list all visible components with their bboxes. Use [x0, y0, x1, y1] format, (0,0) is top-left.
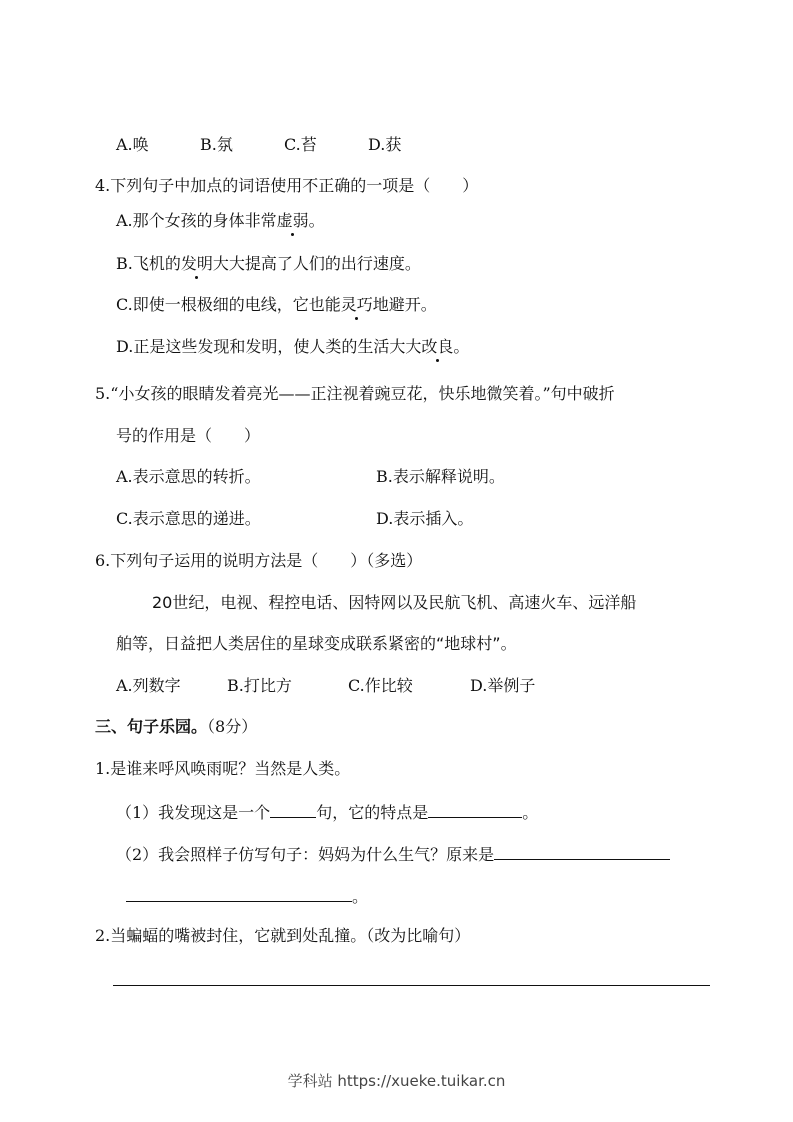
q5-option-a: A.表示意思的转折。: [116, 467, 261, 487]
q5-option-c: C.表示意思的递进。: [116, 509, 261, 529]
sub2-end: 。: [352, 887, 368, 906]
q6-option-a: A.列数字: [116, 676, 181, 696]
dotted-word: 改良: [421, 337, 453, 357]
q4-stem: 4.下列句子中加点的词语使用不正确的一项是（ ）: [95, 176, 478, 196]
s3-q1-stem: 1.是谁来呼风唤雨呢？当然是人类。: [95, 759, 350, 779]
q5-stem-line1: 5.“小女孩的眼睛发着亮光——正注视着豌豆花，快乐地微笑着。”句中破折: [95, 384, 615, 404]
section-points: （8分）: [207, 717, 257, 736]
sub2-prefix: （2）我会照样子仿写句子：妈妈为什么生气？原来是: [116, 845, 494, 864]
section-title: 三、句子乐园。: [95, 717, 207, 736]
s3-q1-sub1: （1）我发现这是一个句，它的特点是。: [116, 801, 538, 823]
q3-option-a: A.唤: [116, 135, 149, 155]
q3-option-b: B.氛: [200, 135, 233, 155]
s3-q1-sub2: （2）我会照样子仿写句子：妈妈为什么生气？原来是: [116, 843, 670, 865]
option-text: 。: [309, 211, 325, 230]
option-text: 。: [453, 337, 469, 356]
option-text: B.飞机的: [116, 254, 181, 273]
q4-option-b: B.飞机的发明大大提高了人们的出行速度。: [116, 254, 421, 274]
footer-watermark: 学科站 https://xueke.tuikar.cn: [0, 1070, 793, 1091]
option-text: 大大提高了人们的出行速度。: [213, 254, 421, 273]
dotted-word: 发明: [181, 254, 213, 274]
q4-option-a: A.那个女孩的身体非常虚弱。: [116, 211, 325, 231]
q6-passage-line1: 20世纪，电视、程控电话、因特网以及民航飞机、高速火车、远洋船: [152, 593, 636, 613]
sub1-prefix: （1）我发现这是一个: [116, 803, 270, 822]
dotted-word: 灵巧: [341, 295, 373, 315]
q6-option-c: C.作比较: [348, 676, 413, 696]
answer-blank-feature[interactable]: [428, 801, 522, 818]
q3-option-d: D.获: [368, 135, 401, 155]
q5-option-d: D.表示插入。: [376, 509, 473, 529]
option-text: C.即使一根极细的电线，它也能: [116, 295, 341, 314]
sub1-middle: 句，它的特点是: [316, 803, 428, 822]
q5-stem-line2: 号的作用是（ ）: [116, 426, 260, 446]
sub1-end: 。: [522, 803, 538, 822]
option-text: A.那个女孩的身体非常: [116, 211, 277, 230]
q6-option-d: D.举例子: [470, 676, 535, 696]
q4-option-c: C.即使一根极细的电线，它也能灵巧地避开。: [116, 295, 437, 315]
answer-line-metaphor[interactable]: [113, 985, 710, 986]
q6-option-b: B.打比方: [227, 676, 292, 696]
s3-q1-sub2-cont: 。: [126, 885, 368, 907]
q6-stem: 6.下列句子运用的说明方法是（ ）（多选）: [95, 551, 422, 571]
s3-q2-stem: 2.当蝙蝠的嘴被封住，它就到处乱撞。（改为比喻句）: [95, 926, 470, 946]
dotted-word: 虚弱: [277, 211, 309, 231]
answer-blank-imitation-2[interactable]: [126, 885, 352, 902]
answer-blank-imitation-1[interactable]: [494, 843, 670, 860]
q4-option-d: D.正是这些发现和发明，使人类的生活大大改良。: [116, 337, 469, 357]
section3-heading: 三、句子乐园。（8分）: [95, 717, 257, 737]
option-text: D.正是这些发现和发明，使人类的生活大大: [116, 337, 421, 356]
q5-option-b: B.表示解释说明。: [376, 467, 505, 487]
answer-blank-sentence-type[interactable]: [270, 801, 316, 818]
q6-passage-line2: 舶等，日益把人类居住的星球变成联系紧密的“地球村”。: [116, 634, 517, 654]
q3-option-c: C.苔: [284, 135, 317, 155]
option-text: 地避开。: [373, 295, 437, 314]
